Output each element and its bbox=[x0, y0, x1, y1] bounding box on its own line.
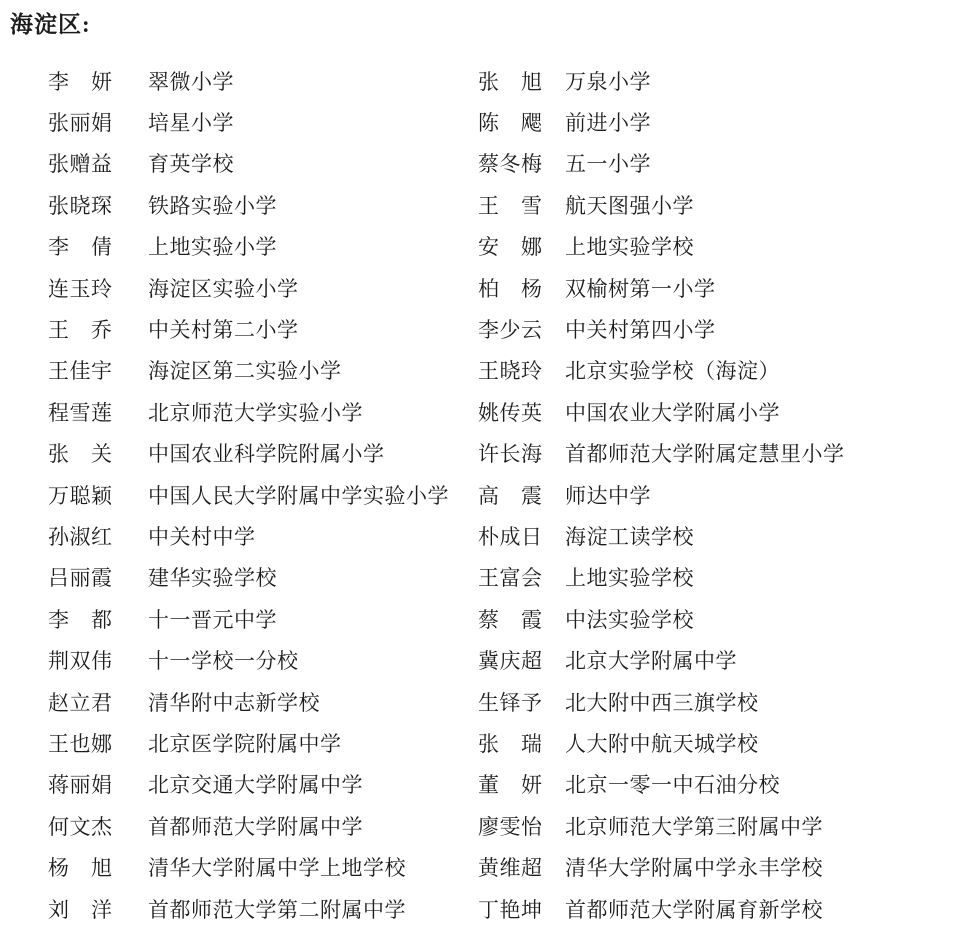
teacher-name: 王晓玲 bbox=[478, 355, 544, 385]
teacher-name: 王 乔 bbox=[48, 314, 114, 344]
teacher-name: 王富会 bbox=[478, 562, 544, 592]
teacher-name: 冀庆超 bbox=[478, 645, 544, 675]
teacher-name: 王 雪 bbox=[478, 190, 544, 220]
teacher-name: 张晓琛 bbox=[48, 190, 114, 220]
list-row: 许长海首都师范大学附属定慧里小学 bbox=[478, 433, 970, 474]
list-row: 张赠益育英学校 bbox=[48, 143, 478, 184]
list-row: 王佳宇海淀区第二实验小学 bbox=[48, 350, 478, 391]
list-row: 荆双伟十一学校一分校 bbox=[48, 639, 478, 680]
school-name: 北京大学附属中学 bbox=[565, 645, 737, 675]
school-name: 海淀工读学校 bbox=[565, 521, 694, 551]
school-name: 中国农业大学附属小学 bbox=[565, 397, 780, 427]
school-name: 北京一零一中石油分校 bbox=[565, 769, 780, 799]
school-name: 万泉小学 bbox=[565, 66, 651, 96]
list-row: 丁艳坤首都师范大学附属育新学校 bbox=[478, 888, 970, 929]
list-row: 杨 旭清华大学附属中学上地学校 bbox=[48, 846, 478, 887]
teacher-name: 程雪莲 bbox=[48, 397, 114, 427]
list-row: 王富会上地实验学校 bbox=[478, 557, 970, 598]
list-row: 张 关中国农业科学院附属小学 bbox=[48, 433, 478, 474]
list-row: 张晓琛铁路实验小学 bbox=[48, 184, 478, 225]
list-row: 王也娜北京医学院附属中学 bbox=[48, 722, 478, 763]
list-row: 王晓玲北京实验学校（海淀） bbox=[478, 350, 970, 391]
teacher-name: 张赠益 bbox=[48, 148, 114, 178]
teacher-name: 王也娜 bbox=[48, 728, 114, 758]
list-row: 柏 杨双榆树第一小学 bbox=[478, 267, 970, 308]
list-row: 黄维超清华大学附属中学永丰学校 bbox=[478, 846, 970, 887]
school-name: 上地实验小学 bbox=[148, 231, 277, 261]
list-row: 吕丽霞建华实验学校 bbox=[48, 557, 478, 598]
school-name: 中国农业科学院附属小学 bbox=[148, 438, 385, 468]
school-name: 双榆树第一小学 bbox=[565, 273, 716, 303]
teacher-name: 李 都 bbox=[48, 604, 114, 634]
list-row: 张丽娟培星小学 bbox=[48, 101, 478, 142]
school-name: 北京医学院附属中学 bbox=[148, 728, 342, 758]
teacher-name: 姚传英 bbox=[478, 397, 544, 427]
list-row: 李 妍翠微小学 bbox=[48, 60, 478, 101]
list-row: 刘 洋首都师范大学第二附属中学 bbox=[48, 888, 478, 929]
list-row: 李少云中关村第四小学 bbox=[478, 308, 970, 349]
school-name: 前进小学 bbox=[565, 107, 651, 137]
list-row: 董 妍北京一零一中石油分校 bbox=[478, 764, 970, 805]
school-name: 上地实验学校 bbox=[565, 562, 694, 592]
school-name: 人大附中航天城学校 bbox=[565, 728, 759, 758]
list-row: 蔡 霞中法实验学校 bbox=[478, 598, 970, 639]
school-name: 北大附中西三旗学校 bbox=[565, 687, 759, 717]
roster-column-left: 李 妍翠微小学张丽娟培星小学张赠益育英学校张晓琛铁路实验小学李 倩上地实验小学连… bbox=[48, 60, 478, 929]
teacher-name: 陈 飔 bbox=[478, 107, 544, 137]
list-row: 王 雪航天图强小学 bbox=[478, 184, 970, 225]
school-name: 中国人民大学附属中学实验小学 bbox=[148, 480, 449, 510]
school-name: 铁路实验小学 bbox=[148, 190, 277, 220]
list-row: 姚传英中国农业大学附属小学 bbox=[478, 391, 970, 432]
school-name: 北京师范大学第三附属中学 bbox=[565, 811, 823, 841]
school-name: 海淀区实验小学 bbox=[148, 273, 299, 303]
teacher-name: 朴成日 bbox=[478, 521, 544, 551]
roster-column-right: 张 旭万泉小学陈 飔前进小学蔡冬梅五一小学王 雪航天图强小学安 娜上地实验学校柏… bbox=[478, 60, 970, 929]
teacher-name: 何文杰 bbox=[48, 811, 114, 841]
school-name: 五一小学 bbox=[565, 148, 651, 178]
list-row: 孙淑红中关村中学 bbox=[48, 515, 478, 556]
list-row: 张 旭万泉小学 bbox=[478, 60, 970, 101]
list-row: 张 瑞人大附中航天城学校 bbox=[478, 722, 970, 763]
district-title: 海淀区: bbox=[10, 10, 91, 40]
teacher-name: 丁艳坤 bbox=[478, 894, 544, 924]
school-name: 中法实验学校 bbox=[565, 604, 694, 634]
school-name: 建华实验学校 bbox=[148, 562, 277, 592]
teacher-name: 生铎予 bbox=[478, 687, 544, 717]
list-row: 王 乔中关村第二小学 bbox=[48, 308, 478, 349]
teacher-name: 蒋丽娟 bbox=[48, 769, 114, 799]
teacher-name: 杨 旭 bbox=[48, 852, 114, 882]
teacher-name: 蔡冬梅 bbox=[478, 148, 544, 178]
teacher-name: 黄维超 bbox=[478, 852, 544, 882]
school-name: 中关村第二小学 bbox=[148, 314, 299, 344]
school-name: 清华附中志新学校 bbox=[148, 687, 320, 717]
teacher-roster: 李 妍翠微小学张丽娟培星小学张赠益育英学校张晓琛铁路实验小学李 倩上地实验小学连… bbox=[0, 60, 970, 929]
teacher-name: 刘 洋 bbox=[48, 894, 114, 924]
list-row: 程雪莲北京师范大学实验小学 bbox=[48, 391, 478, 432]
teacher-name: 张 瑞 bbox=[478, 728, 544, 758]
school-name: 师达中学 bbox=[565, 480, 651, 510]
list-row: 生铎予北大附中西三旗学校 bbox=[478, 681, 970, 722]
teacher-name: 连玉玲 bbox=[48, 273, 114, 303]
teacher-name: 赵立君 bbox=[48, 687, 114, 717]
school-name: 清华大学附属中学永丰学校 bbox=[565, 852, 823, 882]
school-name: 北京师范大学实验小学 bbox=[148, 397, 363, 427]
school-name: 首都师范大学附属定慧里小学 bbox=[565, 438, 845, 468]
teacher-name: 张丽娟 bbox=[48, 107, 114, 137]
teacher-name: 李 倩 bbox=[48, 231, 114, 261]
teacher-name: 张 旭 bbox=[478, 66, 544, 96]
list-row: 蔡冬梅五一小学 bbox=[478, 143, 970, 184]
school-name: 北京交通大学附属中学 bbox=[148, 769, 363, 799]
list-row: 万聪颖中国人民大学附属中学实验小学 bbox=[48, 474, 478, 515]
teacher-name: 荆双伟 bbox=[48, 645, 114, 675]
teacher-name: 高 震 bbox=[478, 480, 544, 510]
teacher-name: 安 娜 bbox=[478, 231, 544, 261]
school-name: 培星小学 bbox=[148, 107, 234, 137]
teacher-name: 李 妍 bbox=[48, 66, 114, 96]
school-name: 翠微小学 bbox=[148, 66, 234, 96]
school-name: 中关村第四小学 bbox=[565, 314, 716, 344]
list-row: 蒋丽娟北京交通大学附属中学 bbox=[48, 764, 478, 805]
school-name: 上地实验学校 bbox=[565, 231, 694, 261]
school-name: 海淀区第二实验小学 bbox=[148, 355, 342, 385]
list-row: 李 倩上地实验小学 bbox=[48, 226, 478, 267]
list-row: 安 娜上地实验学校 bbox=[478, 226, 970, 267]
teacher-name: 廖雯怡 bbox=[478, 811, 544, 841]
list-row: 赵立君清华附中志新学校 bbox=[48, 681, 478, 722]
school-name: 北京实验学校（海淀） bbox=[565, 355, 780, 385]
school-name: 十一学校一分校 bbox=[148, 645, 299, 675]
school-name: 首都师范大学第二附属中学 bbox=[148, 894, 406, 924]
list-row: 陈 飔前进小学 bbox=[478, 101, 970, 142]
teacher-name: 万聪颖 bbox=[48, 480, 114, 510]
teacher-name: 蔡 霞 bbox=[478, 604, 544, 634]
list-row: 冀庆超北京大学附属中学 bbox=[478, 639, 970, 680]
school-name: 首都师范大学附属育新学校 bbox=[565, 894, 823, 924]
school-name: 首都师范大学附属中学 bbox=[148, 811, 363, 841]
school-name: 清华大学附属中学上地学校 bbox=[148, 852, 406, 882]
teacher-name: 孙淑红 bbox=[48, 521, 114, 551]
teacher-name: 张 关 bbox=[48, 438, 114, 468]
document-page: 海淀区: 李 妍翠微小学张丽娟培星小学张赠益育英学校张晓琛铁路实验小学李 倩上地… bbox=[0, 0, 970, 941]
teacher-name: 李少云 bbox=[478, 314, 544, 344]
teacher-name: 董 妍 bbox=[478, 769, 544, 799]
list-row: 李 都十一晋元中学 bbox=[48, 598, 478, 639]
teacher-name: 吕丽霞 bbox=[48, 562, 114, 592]
school-name: 十一晋元中学 bbox=[148, 604, 277, 634]
list-row: 廖雯怡北京师范大学第三附属中学 bbox=[478, 805, 970, 846]
school-name: 中关村中学 bbox=[148, 521, 256, 551]
teacher-name: 柏 杨 bbox=[478, 273, 544, 303]
school-name: 航天图强小学 bbox=[565, 190, 694, 220]
teacher-name: 许长海 bbox=[478, 438, 544, 468]
list-row: 高 震师达中学 bbox=[478, 474, 970, 515]
school-name: 育英学校 bbox=[148, 148, 234, 178]
list-row: 何文杰首都师范大学附属中学 bbox=[48, 805, 478, 846]
list-row: 朴成日海淀工读学校 bbox=[478, 515, 970, 556]
list-row: 连玉玲海淀区实验小学 bbox=[48, 267, 478, 308]
teacher-name: 王佳宇 bbox=[48, 355, 114, 385]
